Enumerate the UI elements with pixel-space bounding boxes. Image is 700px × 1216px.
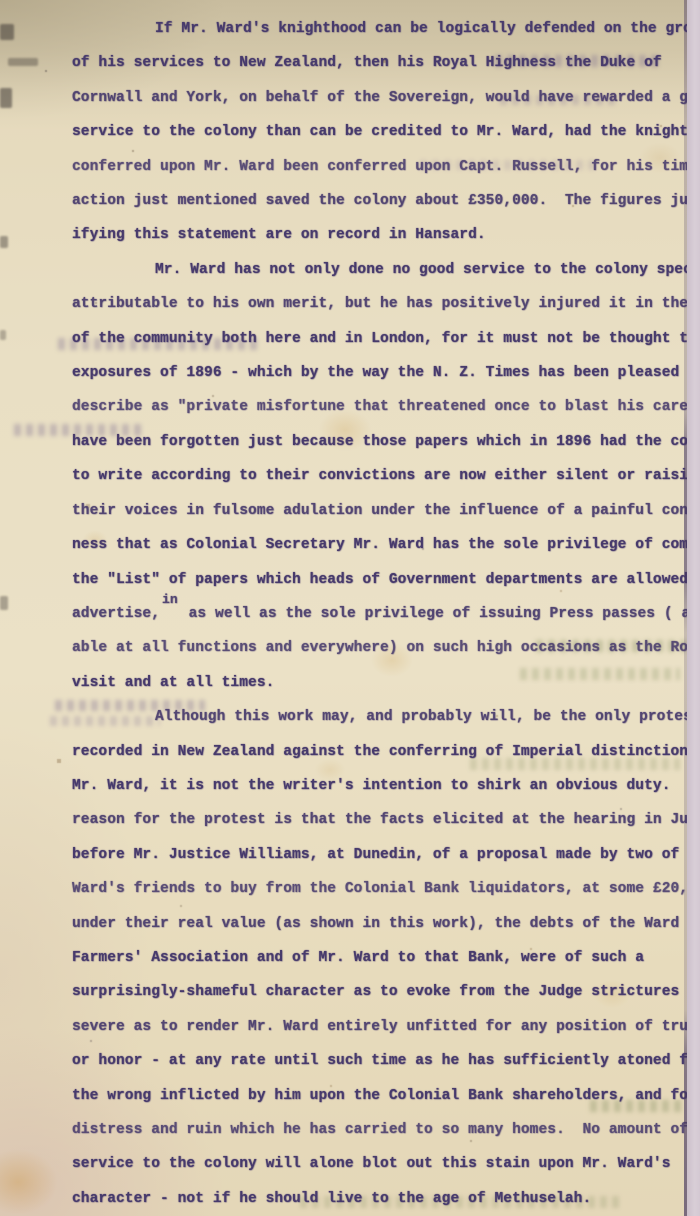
typed-line-29: surprisingly-shameful character as to ev… (72, 975, 700, 1009)
typed-line-21: Although this work may, and probably wil… (72, 700, 700, 734)
typed-line-20: visit and at all times. (72, 666, 700, 700)
edge-smudge (0, 88, 12, 108)
typed-line-31: or honor - at any rate until such time a… (72, 1044, 700, 1078)
typed-line-30: severe as to render Mr. Ward entirely un… (72, 1010, 700, 1044)
interlinear-insertion: in (162, 583, 178, 617)
typed-line-5: conferred upon Mr. Ward been conferred u… (72, 150, 700, 184)
typed-line-35: character - not if he should live to the… (72, 1182, 700, 1216)
typed-line-2: of his services to New Zealand, then his… (72, 46, 700, 80)
typed-line-7: ifying this statement are on record in H… (72, 218, 700, 252)
typed-line-27: under their real value (as shown in this… (72, 907, 700, 941)
typed-line-23: Mr. Ward, it is not the writer's intenti… (72, 769, 700, 803)
typed-line-4: service to the colony than can be credit… (72, 115, 700, 149)
typed-line-12: describe as "private misfortune that thr… (72, 390, 700, 424)
typed-line-14: to write according to their convictions … (72, 459, 700, 493)
page-edge-strip (687, 0, 700, 1216)
typed-line-1: If Mr. Ward's knighthood can be logicall… (72, 12, 700, 46)
edge-smudge (8, 58, 38, 66)
typed-line-15: their voices in fulsome adulation under … (72, 494, 700, 528)
typed-line-33: distress and ruin which he has carried t… (72, 1113, 700, 1147)
edge-smudge (0, 330, 6, 340)
typed-line-13: have been forgotten just because those p… (72, 425, 700, 459)
typed-line-16: ness that as Colonial Secretary Mr. Ward… (72, 528, 700, 562)
edge-smudge (0, 596, 8, 610)
typed-line-25: before Mr. Justice Williams, at Dunedin,… (72, 838, 700, 872)
typed-line-10: of the community both here and in London… (72, 322, 700, 356)
typescript-lines: If Mr. Ward's knighthood can be logicall… (72, 12, 700, 1216)
typed-line-32: the wrong inflicted by him upon the Colo… (72, 1079, 700, 1113)
typed-line-34: service to the colony will alone blot ou… (72, 1147, 700, 1181)
typed-line-8: Mr. Ward has not only done no good servi… (72, 253, 700, 287)
typescript-page: If Mr. Ward's knighthood can be logicall… (0, 0, 700, 1216)
typed-line-18: advertise,in as well as the sole privile… (72, 597, 700, 631)
edge-smudge (0, 236, 8, 248)
foxing-specks (0, 0, 2, 2)
typed-line-28: Farmers' Association and of Mr. Ward to … (72, 941, 700, 975)
typed-line-11: exposures of 1896 - which by the way the… (72, 356, 700, 390)
typed-line-19: able at all functions and everywhere) on… (72, 631, 700, 665)
typed-line-6: action just mentioned saved the colony a… (72, 184, 700, 218)
typed-line-9: attributable to his own merit, but he ha… (72, 287, 700, 321)
typed-line-22: recorded in New Zealand against the conf… (72, 735, 700, 769)
typed-line-24: reason for the protest is that the facts… (72, 803, 700, 837)
edge-smudge (0, 24, 14, 40)
typed-line-3: Cornwall and York, on behalf of the Sove… (72, 81, 700, 115)
typed-line-26: Ward's friends to buy from the Colonial … (72, 872, 700, 906)
